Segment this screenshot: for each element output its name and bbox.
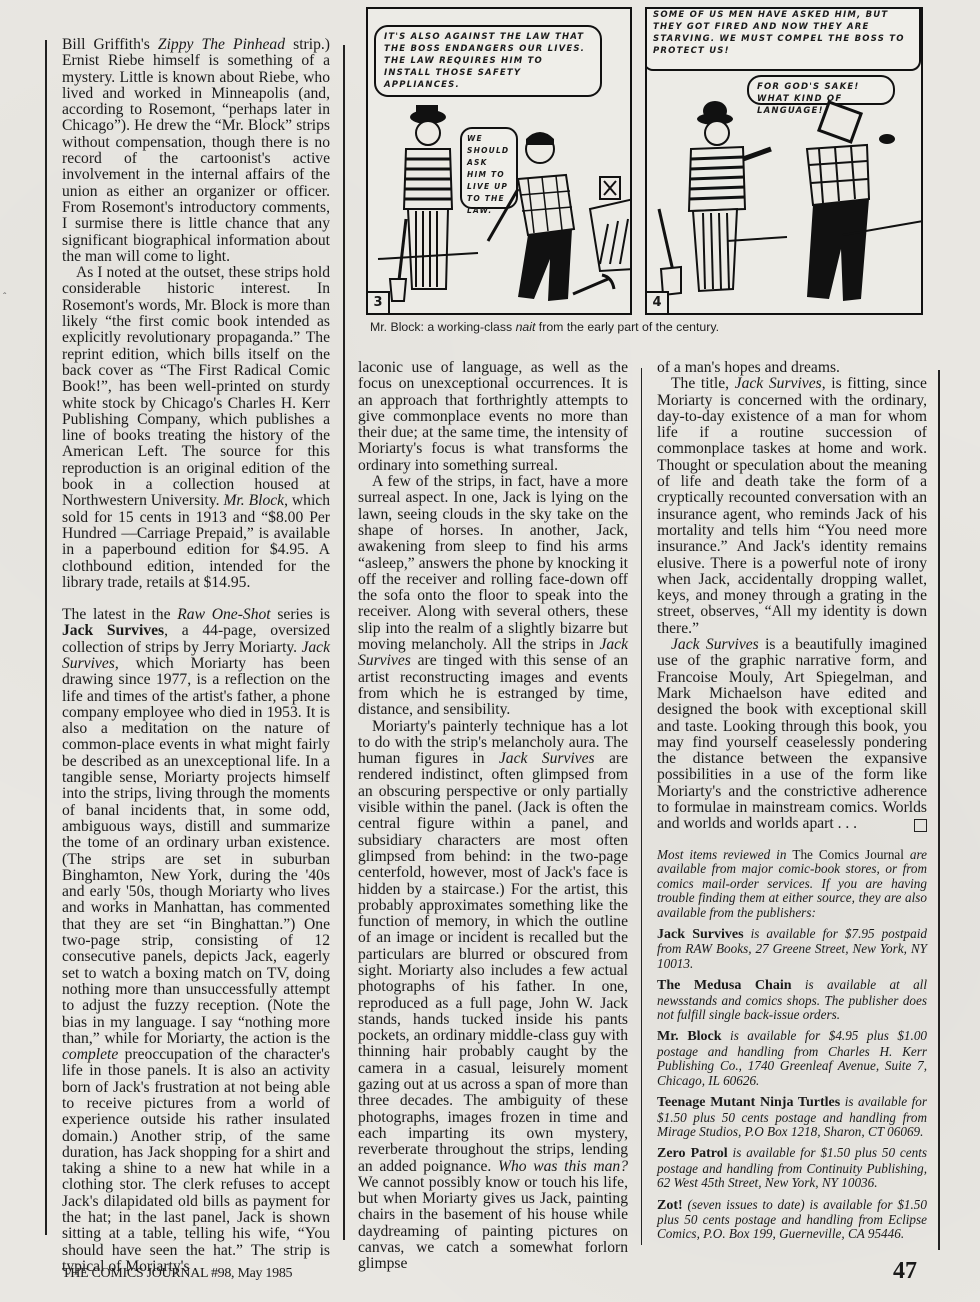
margin-mark: ˆ (3, 292, 6, 303)
availability-notice: Most items reviewed in The Comics Journa… (657, 848, 927, 1249)
availability-item: The Medusa Chain is available at all new… (657, 978, 927, 1022)
column-rule-right (938, 370, 940, 1250)
paragraph: The title, Jack Survives, is fitting, si… (657, 376, 927, 637)
comic-figures-illustration (647, 9, 923, 315)
article-column-2: laconic use of language, as well as the … (358, 360, 628, 1273)
column-rule-left (45, 40, 47, 1235)
publication-footer: THE COMICS JOURNAL #98, May 1985 (62, 1266, 292, 1282)
paragraph: Jack Survives is a beautifully imagined … (657, 637, 927, 833)
paragraph: The latest in the Raw One-Shot series is… (62, 607, 330, 1275)
panel-number: 3 (368, 291, 390, 313)
page-number: 47 (893, 1258, 917, 1285)
article-column-3: of a man's hopes and dreams. The title, … (657, 360, 927, 833)
end-of-article-mark (914, 819, 927, 832)
comic-figures-illustration (368, 9, 632, 315)
figure-caption: Mr. Block: a working-class nait from the… (370, 320, 930, 334)
comic-strip-figure: It's also against the law that the boss … (366, 7, 926, 317)
availability-item: Jack Survives is available for $7.95 pos… (657, 927, 927, 971)
paragraph: A few of the strips, in fact, have a mor… (358, 474, 628, 718)
paragraph: laconic use of language, as well as the … (358, 360, 628, 474)
availability-item: Teenage Mutant Ninja Turtles is availabl… (657, 1095, 927, 1139)
availability-item: Mr. Block is available for $4.95 plus $1… (657, 1029, 927, 1088)
column-rule-2 (641, 368, 642, 1245)
paragraph: of a man's hopes and dreams. (657, 360, 927, 376)
column-rule-1 (343, 45, 345, 1240)
paragraph: As I noted at the outset, these strips h… (62, 265, 330, 591)
comic-panel-3: It's also against the law that the boss … (366, 7, 632, 315)
article-column-1: Bill Griffith's Zippy The Pinhead strip.… (62, 37, 330, 1275)
magazine-page: ˆ It's also against the law that the bos… (0, 0, 980, 1302)
availability-item: Zot! (seven issues to date) is available… (657, 1198, 927, 1242)
paragraph: Moriarty's painterly technique has a lot… (358, 719, 628, 1273)
panel-number: 4 (647, 291, 669, 313)
comic-panel-4: Some of us men have asked him, but they … (645, 7, 923, 315)
notice-intro: Most items reviewed in The Comics Journa… (657, 848, 927, 920)
availability-item: Zero Patrol is available for $1.50 plus … (657, 1146, 927, 1190)
paragraph: Bill Griffith's Zippy The Pinhead strip.… (62, 37, 330, 265)
